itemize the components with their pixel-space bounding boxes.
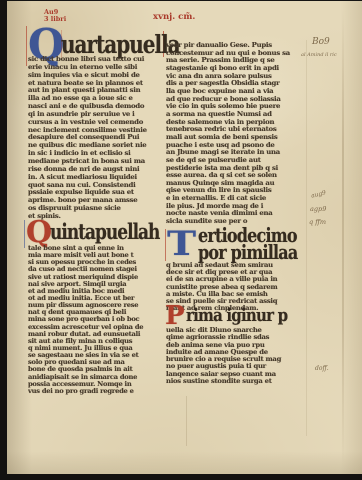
margin-gloss-top: Bo9 — [312, 37, 330, 47]
photo-edge-top — [0, 0, 362, 1]
text-line: vus dei no pro gradi regrede e — [28, 388, 164, 395]
penwork-flourish-3 — [24, 220, 25, 248]
heading-quinta-puella: uintapuellah — [50, 220, 159, 245]
text-line: nios sustine stondite surga et — [166, 378, 306, 385]
ruling-line-right — [306, 40, 307, 436]
heading-prima-igitur: rima iginur p — [186, 304, 287, 326]
margin-gloss-mid-3: q ffm — [309, 218, 326, 226]
right-column-text-1: vear pir danualio Gese. Pupisconcestemur… — [166, 42, 306, 227]
heading-quarta-puella: uartapuella — [61, 29, 180, 59]
photo-edge-left — [0, 0, 7, 480]
penwork-flourish-4 — [165, 229, 166, 261]
ruling-line-center — [186, 396, 187, 446]
left-column-text-1: sic dict bonne libri sua texto cuierie v… — [28, 56, 164, 223]
manuscript-photo: Au9 3 libri xvnj. cm̃. Q uartapuella sic… — [0, 0, 362, 480]
margin-gloss-top-sub: al Amind il ric — [301, 52, 337, 58]
left-column-text-2: tale bone sint a qui enne inmia mare mis… — [28, 245, 164, 397]
illuminated-initial-t: T — [167, 227, 196, 261]
margin-gloss-mid-2: agp9 — [310, 205, 326, 213]
margin-gloss-bottom: doff. — [315, 365, 329, 372]
chapter-mark: xvnj. cm̃. — [153, 13, 195, 22]
illuminated-initial-q2: Q — [26, 218, 52, 248]
illuminated-initial-p: P — [165, 303, 185, 329]
penwork-flourish-1 — [26, 26, 27, 66]
heading-tertiodecimo-line2: por pimillaa — [198, 241, 297, 264]
photo-edge-bottom — [0, 474, 362, 480]
parchment-crease — [342, 10, 344, 465]
right-column-text-3: uella sic dit Diuno snarcheqime agrioras… — [166, 327, 306, 387]
